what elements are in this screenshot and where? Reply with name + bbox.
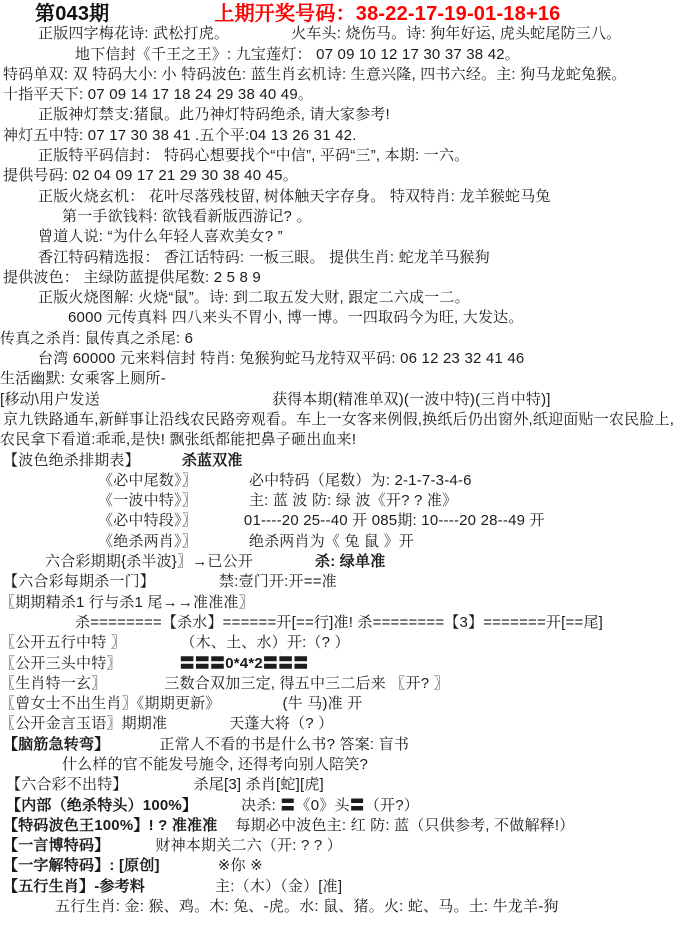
doc-line: 传真之杀肖: 鼠传真之杀尾: 6 xyxy=(0,329,688,349)
doc-line: 【波色绝杀排期表】杀蓝双准 xyxy=(0,451,688,471)
text-segment: 【六合彩每期杀一门】 xyxy=(3,573,155,590)
doc-line: 【一字解特码】: [原创]※你 ※ xyxy=(0,856,688,876)
doc-line: 第043期上期开奖号码：38-22-17-19-01-18+16 xyxy=(0,4,688,24)
text-segment: 〖期期精杀1 行与杀1 尾→→准准准〗 xyxy=(0,594,254,611)
doc-line: 曾道人说: “为什么年轻人喜欢美女? ” xyxy=(0,227,688,247)
text-segment: 绝杀两肖为《 兔 鼠 》开 xyxy=(249,533,414,550)
text-segment: 【一字解特码】: [原创] xyxy=(3,857,160,874)
doc-line: 六合彩期期{杀半波}〗→已公开杀: 绿单准 xyxy=(0,552,688,572)
text-segment: 正版火烧玄机： 花叶尽落残枝留, 树体触天字存身。 特双特肖: 龙羊猴蛇马兔 xyxy=(38,188,551,205)
text-segment: [移动\用户发送 xyxy=(0,391,100,408)
doc-line: 第一手欲钱料: 欲钱看新版西游记? 。 xyxy=(0,207,688,227)
text-segment: 十指平天下: 07 09 14 17 18 24 29 38 40 49。 xyxy=(3,86,313,103)
doc-line: 【特码波色王100%】! ? 准准准每期必中波色主: 红 防: 蓝（只供参考, … xyxy=(0,816,688,836)
doc-line: 〖公开三头中特〗〓〓〓0*4*2〓〓〓 xyxy=(0,654,688,674)
doc-line: 【六合彩每期杀一门】禁:壹门开:开==准 xyxy=(0,572,688,592)
text-segment: 财神本期关二六（开: ? ? ） xyxy=(155,837,342,854)
doc-line: 正版特平码信封： 特码心想要找个“中信”, 平码“三”, 本期: 一六。 xyxy=(0,146,688,166)
text-segment: 〖公开五行中特 〗 xyxy=(0,634,126,651)
page: { "page": { "background_color": "#ffffff… xyxy=(0,0,688,937)
doc-line: 【脑筋急转弯】正常人不看的书是什么书? 答案: 盲书 xyxy=(0,735,688,755)
text-segment: 〖生肖特一玄〗 xyxy=(0,675,106,692)
text-segment: 【一言博特码】 xyxy=(3,837,109,854)
text-segment: 京九铁路通车,新鲜事让沿线农民路旁观看。车上一女客来例假,换纸后仍出窗外,纸迎面… xyxy=(3,411,674,428)
doc-line: 什么样的官不能发号施令, 还得考向别人陪笑? xyxy=(0,755,688,775)
text-segment: 地下信封《千王之王》: 九宝莲灯： 07 09 10 12 17 30 37 3… xyxy=(75,46,520,63)
text-segment: 提供号码: 02 04 09 17 21 29 30 38 40 45。 xyxy=(3,167,298,184)
text-segment: 杀========【杀水】======开[==行]准! 杀========【3】… xyxy=(75,614,603,631)
text-segment: 特码单双: 双 特码大小: 小 特码波色: 蓝生肖玄机诗: 生意兴隆, 四书六经… xyxy=(3,66,627,83)
doc-line: 《必中尾数》〗必中特码（尾数）为: 2-1-7-3-4-6 xyxy=(0,471,688,491)
doc-line: 香江特码精选报： 香江话特码: 一板三眼。 提供生肖: 蛇龙羊马猴狗 xyxy=(0,248,688,268)
text-segment: 生活幽默: 女乘客上厕所- xyxy=(0,370,166,387)
doc-line: 〖生肖特一玄〗三数合双加三定, 得五中三二后来 〖开? 〗 xyxy=(0,674,688,694)
doc-line: 6000 元传真料 四八来头不胃小, 博一博。一四取码今为旺, 大发达。 xyxy=(0,308,688,328)
text-segment: 火车头: 烧伤马。诗: 狗年好运, 虎头蛇尾防三八。 xyxy=(291,25,621,42)
text-segment: 6000 元传真料 四八来头不胃小, 博一博。一四取码今为旺, 大发达。 xyxy=(68,309,524,326)
text-segment: 神灯五中特: 07 17 30 38 41 .五个平:04 13 26 31 4… xyxy=(3,127,357,144)
text-segment: 杀: 绿单准 xyxy=(315,553,385,570)
text-segment: 正常人不看的书是什么书? 答案: 盲书 xyxy=(159,736,409,753)
doc-line: 神灯五中特: 07 17 30 38 41 .五个平:04 13 26 31 4… xyxy=(0,126,688,146)
text-segment: 获得本期(精准单双)(一波中特)(三肖中特)] xyxy=(272,391,551,408)
doc-line: 正版火烧玄机： 花叶尽落残枝留, 树体触天字存身。 特双特肖: 龙羊猴蛇马兔 xyxy=(0,187,688,207)
text-segment: 【波色绝杀排期表】 xyxy=(3,452,140,469)
text-segment: 第一手欲钱料: 欲钱看新版西游记? 。 xyxy=(62,208,312,225)
tip-sheet-document: 第043期上期开奖号码：38-22-17-19-01-18+16正版四字梅花诗:… xyxy=(0,0,688,917)
text-segment: 必中特码（尾数）为: 2-1-7-3-4-6 xyxy=(249,472,472,489)
doc-line: 提供波色： 主绿防蓝提供尾数: 2 5 8 9 xyxy=(0,268,688,288)
text-segment: 正版神灯禁支:猪鼠。此乃神灯特码绝杀, 请大家参考! xyxy=(38,106,390,123)
doc-line: 杀========【杀水】======开[==行]准! 杀========【3】… xyxy=(0,613,688,633)
text-segment: 【六合彩不出特】 xyxy=(6,776,128,793)
text-segment: 禁:壹门开:开==准 xyxy=(219,573,337,590)
doc-line: 农民拿下看道:乖乖,是快! 飘张纸都能把鼻子砸出血来! xyxy=(0,430,688,450)
text-segment: 〖公开三头中特〗 xyxy=(0,655,122,672)
doc-line: 正版四字梅花诗: 武松打虎。火车头: 烧伤马。诗: 狗年好运, 虎头蛇尾防三八。 xyxy=(0,24,688,44)
text-segment: 香江特码精选报： 香江话特码: 一板三眼。 提供生肖: 蛇龙羊马猴狗 xyxy=(38,249,490,266)
text-segment: 台湾 60000 元来料信封 特肖: 兔猴狗蛇马龙特双平码: 06 12 23 … xyxy=(38,350,524,367)
text-segment: 《必中特段》〗 xyxy=(98,512,197,529)
doc-line: 【内部（绝杀特头）100%】决杀: 〓《0》头〓（开?） xyxy=(0,796,688,816)
text-segment: 【特码波色王100%】! ? 准准准 xyxy=(3,817,217,834)
text-segment: 〖公开金言玉语〗期期准 xyxy=(0,715,167,732)
doc-line: 【六合彩不出特】杀尾[3] 杀肖[蛇][虎] xyxy=(0,775,688,795)
doc-line: 〖公开金言玉语〗期期准天蓬大将（? ） xyxy=(0,714,688,734)
text-segment: 提供波色： 主绿防蓝提供尾数: 2 5 8 9 xyxy=(3,269,261,286)
doc-line: [移动\用户发送获得本期(精准单双)(一波中特)(三肖中特)] xyxy=(0,390,688,410)
text-segment: 五行生肖: 金: 猴、鸡。木: 兔、-虎。水: 鼠、猪。火: 蛇、马。土: 牛龙… xyxy=(55,898,559,915)
doc-line: 提供号码: 02 04 09 17 21 29 30 38 40 45。 xyxy=(0,166,688,186)
doc-line: 京九铁路通车,新鲜事让沿线农民路旁观看。车上一女客来例假,换纸后仍出窗外,纸迎面… xyxy=(0,410,688,430)
doc-line: 正版神灯禁支:猪鼠。此乃神灯特码绝杀, 请大家参考! xyxy=(0,105,688,125)
doc-line: 【五行生肖】-参考料主:（木）（金）[准] xyxy=(0,877,688,897)
last-draw-numbers: 上期开奖号码：38-22-17-19-01-18+16 xyxy=(214,3,560,25)
doc-line: 特码单双: 双 特码大小: 小 特码波色: 蓝生肖玄机诗: 生意兴隆, 四书六经… xyxy=(0,65,688,85)
doc-line: 地下信封《千王之王》: 九宝莲灯： 07 09 10 12 17 30 37 3… xyxy=(0,45,688,65)
text-segment: 主:（木）（金）[准] xyxy=(215,878,342,895)
text-segment: 曾道人说: “为什么年轻人喜欢美女? ” xyxy=(38,228,283,245)
text-segment: 《一波中特》〗 xyxy=(98,492,197,509)
text-segment: 正版四字梅花诗: 武松打虎。 xyxy=(38,25,229,42)
text-segment: 农民拿下看道:乖乖,是快! 飘张纸都能把鼻子砸出血来! xyxy=(0,431,356,448)
text-segment: ※你 ※ xyxy=(218,857,263,874)
text-segment: 杀尾[3] 杀肖[蛇][虎] xyxy=(194,776,324,793)
doc-line: 正版火烧图解: 火烧“鼠”。诗: 到二取五发大财, 跟定二六成一二。 xyxy=(0,288,688,308)
text-segment: 【脑筋急转弯】 xyxy=(3,736,109,753)
text-segment: 《绝杀两肖》〗 xyxy=(98,533,197,550)
text-segment: 天蓬大将（? ） xyxy=(229,715,333,732)
text-segment: 〖曾女士不出生肖〗《期期更新》 xyxy=(0,695,221,712)
text-segment: 传真之杀肖: 鼠传真之杀尾: 6 xyxy=(0,330,193,347)
text-segment: 01----20 25--40 开 085期: 10----20 28--49 … xyxy=(244,512,545,529)
text-segment: 六合彩期期{杀半波}〗→已公开 xyxy=(45,553,253,570)
text-segment: 决杀: 〓《0》头〓（开?） xyxy=(241,797,419,814)
doc-line: 台湾 60000 元来料信封 特肖: 兔猴狗蛇马龙特双平码: 06 12 23 … xyxy=(0,349,688,369)
text-segment: 【内部（绝杀特头）100%】 xyxy=(6,797,197,814)
text-segment: 正版特平码信封： 特码心想要找个“中信”, 平码“三”, 本期: 一六。 xyxy=(38,147,469,164)
issue-number: 第043期 xyxy=(35,3,109,25)
doc-line: 《绝杀两肖》〗绝杀两肖为《 兔 鼠 》开 xyxy=(0,532,688,552)
text-segment: 什么样的官不能发号施令, 还得考向别人陪笑? xyxy=(62,756,368,773)
doc-line: 《一波中特》〗主: 蓝 波 防: 绿 波《开? ? 准》 xyxy=(0,491,688,511)
text-segment: 三数合双加三定, 得五中三二后来 〖开? 〗 xyxy=(164,675,448,692)
text-segment: 正版火烧图解: 火烧“鼠”。诗: 到二取五发大财, 跟定二六成一二。 xyxy=(38,289,470,306)
doc-line: 〖公开五行中特 〗（木、土、水）开:（? ） xyxy=(0,633,688,653)
text-segment: 《必中尾数》〗 xyxy=(98,472,197,489)
doc-line: 《必中特段》〗01----20 25--40 开 085期: 10----20 … xyxy=(0,511,688,531)
text-segment: （木、土、水）开:（? ） xyxy=(188,634,350,651)
doc-line: 〖期期精杀1 行与杀1 尾→→准准准〗 xyxy=(0,593,688,613)
text-segment: 〓〓〓0*4*2〓〓〓 xyxy=(180,655,309,672)
text-segment: 杀蓝双准 xyxy=(182,452,243,469)
doc-line: 【一言博特码】财神本期关二六（开: ? ? ） xyxy=(0,836,688,856)
text-segment: 每期必中波色主: 红 防: 蓝（只供参考, 不做解释!） xyxy=(235,817,574,834)
text-segment: 主: 蓝 波 防: 绿 波《开? ? 准》 xyxy=(249,492,457,509)
text-segment: (牛 马)准 开 xyxy=(283,695,363,712)
text-segment: 【五行生肖】-参考料 xyxy=(3,878,145,895)
doc-line: 五行生肖: 金: 猴、鸡。木: 兔、-虎。水: 鼠、猪。火: 蛇、马。土: 牛龙… xyxy=(0,897,688,917)
doc-line: 生活幽默: 女乘客上厕所- xyxy=(0,369,688,389)
doc-line: 〖曾女士不出生肖〗《期期更新》(牛 马)准 开 xyxy=(0,694,688,714)
doc-line: 十指平天下: 07 09 14 17 18 24 29 38 40 49。 xyxy=(0,85,688,105)
